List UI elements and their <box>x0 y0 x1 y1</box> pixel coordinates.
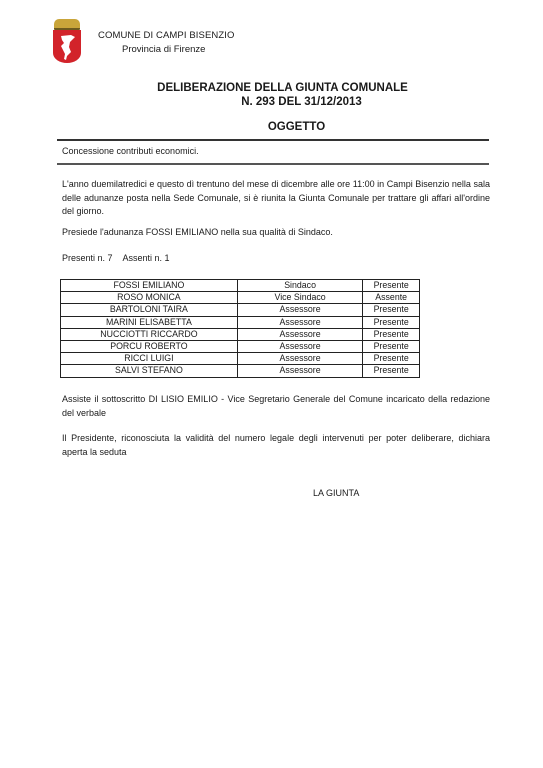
member-role: Assessore <box>237 353 363 365</box>
member-role: Assessore <box>237 365 363 377</box>
oggetto-heading: OGGETTO <box>0 121 543 133</box>
member-status: Presente <box>363 280 420 292</box>
divider <box>57 139 489 141</box>
member-name: PORCU ROBERTO <box>61 340 238 352</box>
member-status: Presente <box>363 365 420 377</box>
member-role: Sindaco <box>237 280 363 292</box>
intro-paragraph: L'anno duemilatredici e questo dì trentu… <box>62 178 490 219</box>
member-name: RICCI LUIGI <box>61 353 238 365</box>
member-status: Presente <box>363 340 420 352</box>
table-row: SALVI STEFANOAssessorePresente <box>61 365 420 377</box>
table-row: RICCI LUIGIAssessorePresente <box>61 353 420 365</box>
member-name: MARINI ELISABETTA <box>61 316 238 328</box>
attendance-count: Presenti n. 7Assenti n. 1 <box>62 252 490 266</box>
member-status: Presente <box>363 304 420 316</box>
comune-name: COMUNE DI CAMPI BISENZIO <box>98 30 234 41</box>
member-role: Assessore <box>237 328 363 340</box>
table-row: NUCCIOTTI RICCARDOAssessorePresente <box>61 328 420 340</box>
shield-icon <box>53 30 81 63</box>
table-row: ROSO MONICAVice SindacoAssente <box>61 292 420 304</box>
member-name: FOSSI EMILIANO <box>61 280 238 292</box>
signature-label: LA GIUNTA <box>313 488 359 498</box>
table-row: MARINI ELISABETTAAssessorePresente <box>61 316 420 328</box>
table-row: PORCU ROBERTOAssessorePresente <box>61 340 420 352</box>
member-role: Assessore <box>237 316 363 328</box>
member-role: Assessore <box>237 304 363 316</box>
table-row: BARTOLONI TAIRAAssessorePresente <box>61 304 420 316</box>
assenti-count: Assenti n. 1 <box>123 253 170 263</box>
members-table: FOSSI EMILIANOSindacoPresenteROSO MONICA… <box>60 279 420 378</box>
table-row: FOSSI EMILIANOSindacoPresente <box>61 280 420 292</box>
document-number-date: N. 293 DEL 31/12/2013 <box>0 96 543 108</box>
document-title: DELIBERAZIONE DELLA GIUNTA COMUNALE <box>0 82 543 94</box>
member-role: Assessore <box>237 340 363 352</box>
presidente-paragraph: Il Presidente, riconosciuta la validità … <box>62 432 490 459</box>
provincia-name: Provincia di Firenze <box>122 44 205 55</box>
member-status: Presente <box>363 328 420 340</box>
divider <box>57 163 489 165</box>
member-name: SALVI STEFANO <box>61 365 238 377</box>
member-name: BARTOLONI TAIRA <box>61 304 238 316</box>
subject-text: Concessione contributi economici. <box>62 146 199 156</box>
presenti-count: Presenti n. 7 <box>62 253 113 263</box>
crown-icon <box>54 19 80 30</box>
member-status: Presente <box>363 353 420 365</box>
member-status: Assente <box>363 292 420 304</box>
member-name: NUCCIOTTI RICCARDO <box>61 328 238 340</box>
presiede-paragraph: Presiede l'adunanza FOSSI EMILIANO nella… <box>62 226 490 240</box>
coat-of-arms-icon <box>50 19 84 63</box>
assiste-paragraph: Assiste il sottoscritto DI LISIO EMILIO … <box>62 393 490 420</box>
member-name: ROSO MONICA <box>61 292 238 304</box>
member-role: Vice Sindaco <box>237 292 363 304</box>
member-status: Presente <box>363 316 420 328</box>
